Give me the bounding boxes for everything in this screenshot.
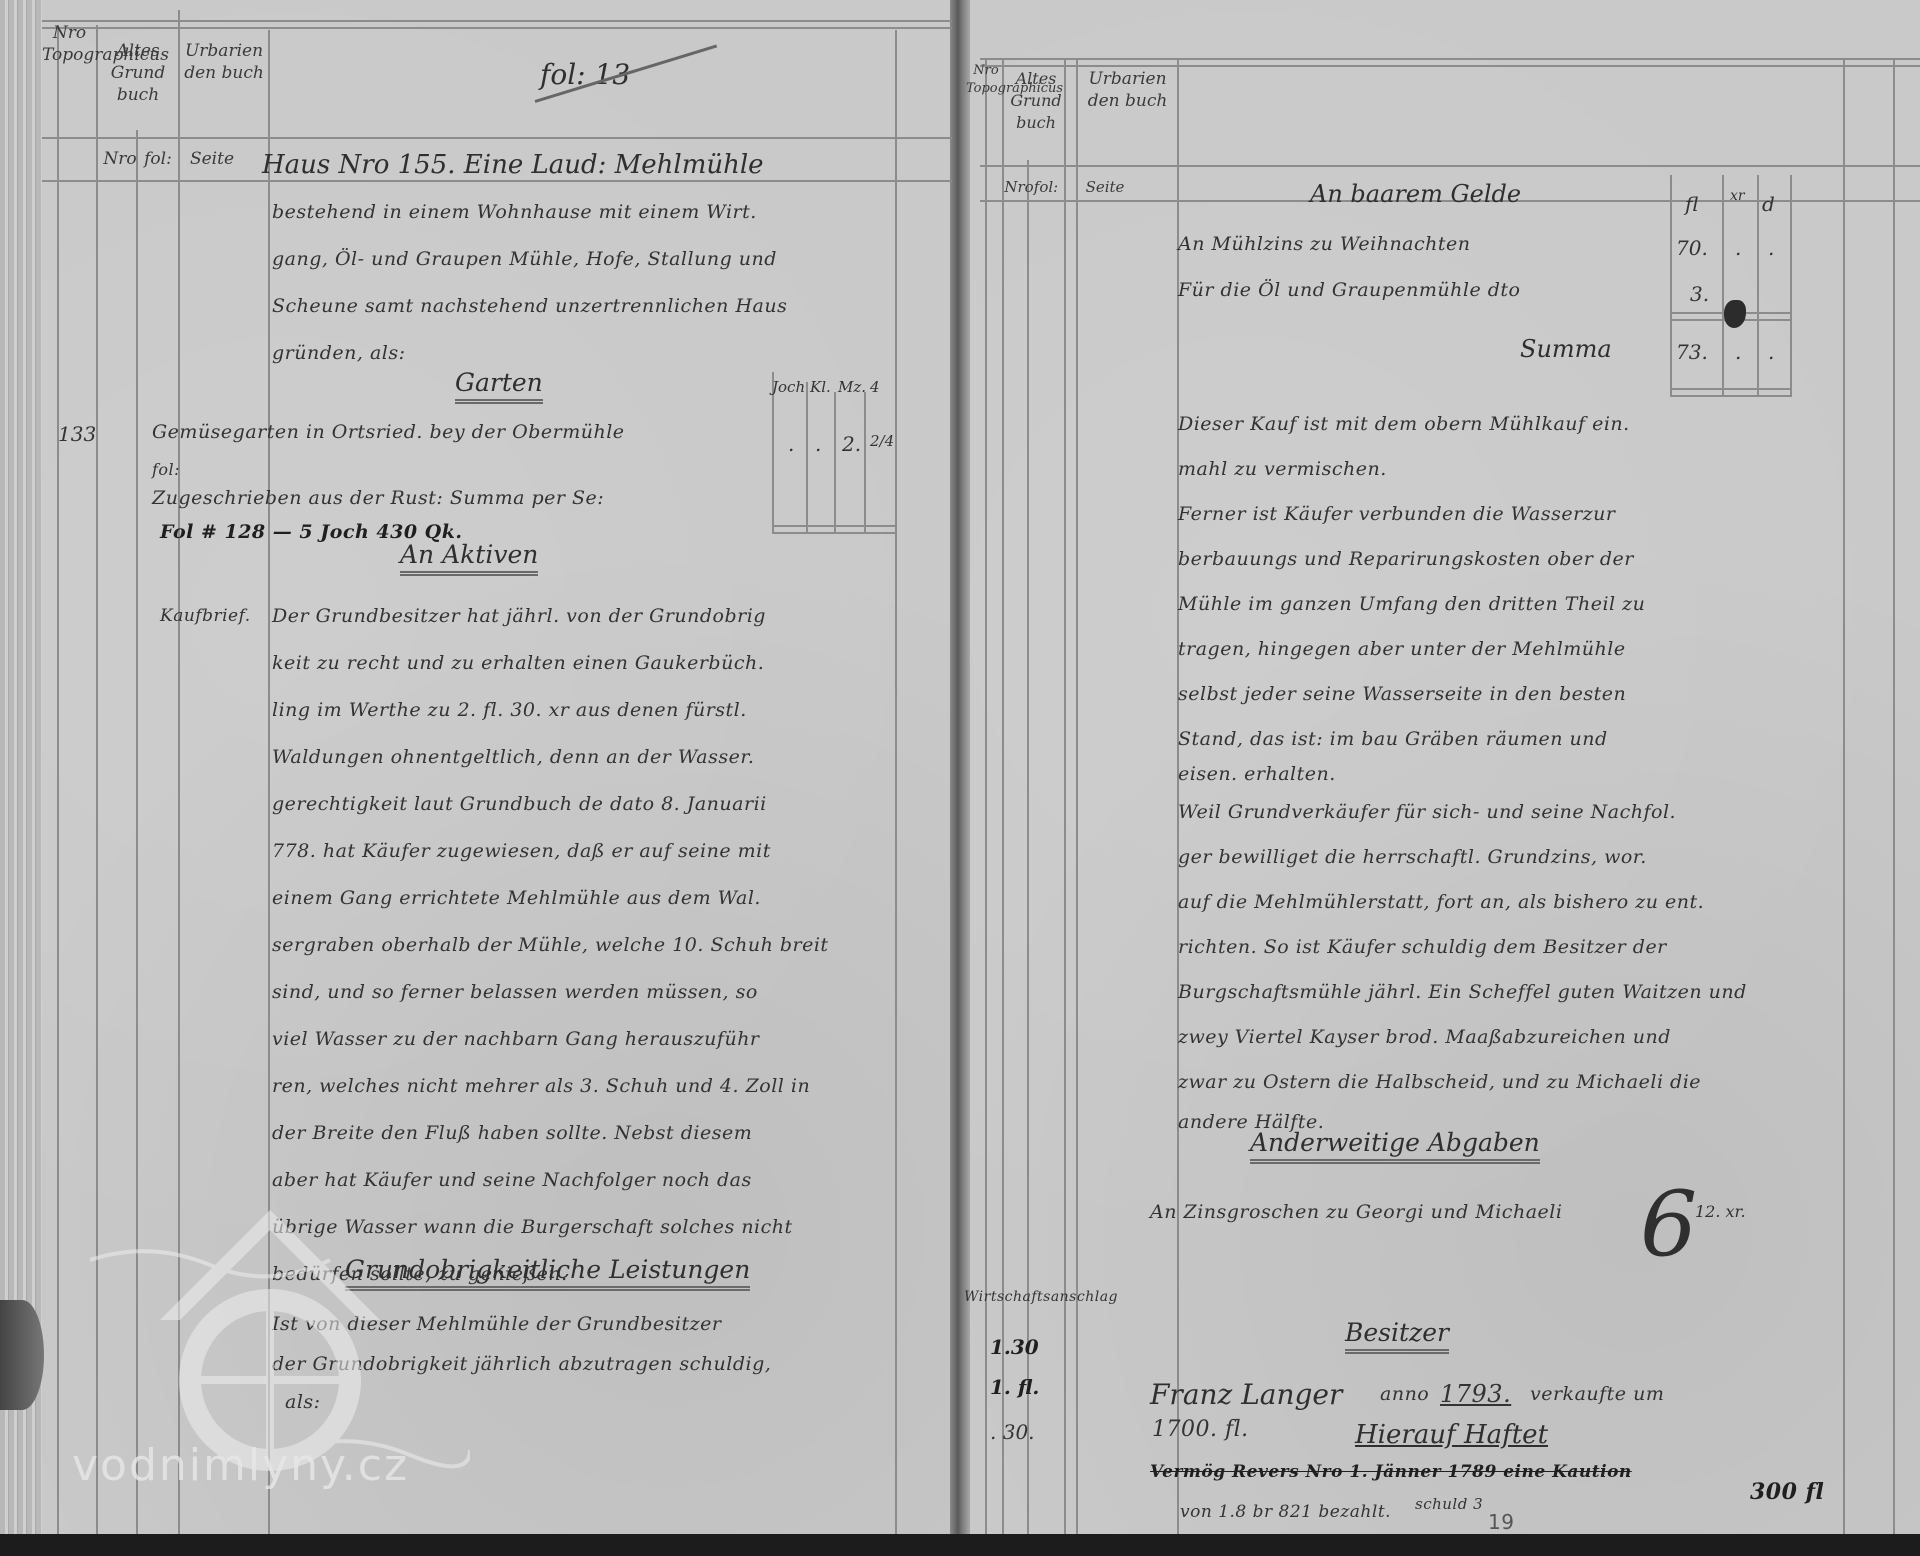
subheading-hierauf-haftet: Hierauf Haftet: [1355, 1420, 1548, 1450]
col-rule: [57, 25, 59, 1535]
col-rule: [895, 30, 897, 1535]
subheader-seite: Seite: [1080, 176, 1130, 198]
money-row-label: An Mühlzins zu Weihnachten: [1178, 222, 1471, 266]
page-fold-shadow: [0, 1300, 44, 1410]
top-rule: [980, 58, 1920, 67]
struck-entry: Vermög Revers Nro 1. Jänner 1789 eine Ka…: [1150, 1450, 1632, 1494]
margin-label: Wirtschaftsanschlag: [964, 1275, 1118, 1319]
zinsgroschen-amount: 6: [1640, 1180, 1697, 1270]
payment-schuld: schuld 3: [1415, 1482, 1483, 1526]
owner-anno: anno: [1380, 1372, 1429, 1416]
money-total-label: Summa: [1520, 335, 1612, 363]
margin-value: . 30.: [990, 1420, 1035, 1444]
zinsgroschen-subamount: 12. xr.: [1695, 1202, 1746, 1221]
heading-baares-geld: An baarem Gelde: [1310, 180, 1521, 208]
header-divider: [980, 165, 1920, 167]
header-altes-grundbuch: Altes Grund buch: [1004, 68, 1068, 134]
owner-name: Franz Langer: [1150, 1378, 1342, 1411]
zinsgroschen-line: An Zinsgroschen zu Georgi und Michaeli: [1150, 1190, 1562, 1234]
subheader-fol: fol:: [1028, 176, 1064, 198]
margin-kaufbrief: Kaufbrief.: [160, 594, 251, 638]
subheader-fol: fol:: [138, 148, 178, 170]
owner-sold-text: verkaufte um: [1530, 1372, 1664, 1416]
heading-garten: Garten: [455, 368, 543, 404]
owner-price: 1700. fl.: [1152, 1408, 1249, 1452]
garten-line: Gemüsegarten in Ortsried. bey der Obermü…: [152, 410, 625, 454]
subheader-nro: Nro: [100, 148, 140, 170]
header-topographicus: Nro Topographicus: [966, 62, 1006, 98]
scan-bottom-edge: [0, 1534, 1920, 1556]
payment-amount: 300 fl: [1750, 1470, 1824, 1514]
money-row-label: Für die Öl und Graupenmühle dto: [1178, 268, 1521, 312]
margin-value: 1. fl.: [990, 1375, 1039, 1399]
col-rule: [1893, 60, 1895, 1540]
header-topographicus: Nro Topographicus: [42, 22, 97, 66]
garten-row-number: 133: [58, 422, 96, 446]
heading-an-aktiven: An Aktiven: [400, 540, 538, 576]
owner-year: 1793.: [1440, 1372, 1511, 1416]
col-rule: [1843, 60, 1845, 1540]
header-altes-grundbuch: Altes Grund buch: [100, 40, 176, 106]
subheader-seite: Seite: [182, 148, 242, 170]
header-urbarienbuch: Urbarien den buch: [182, 40, 266, 84]
header-urbarienbuch: Urbarien den buch: [1080, 68, 1175, 112]
watermark-text: vodnimlyny.cz: [72, 1440, 409, 1491]
heading-anderweitige-abgaben: Anderweitige Abgaben: [1250, 1128, 1540, 1164]
entry-title: Haus Nro 155. Eine Laud: Mehlmühle: [262, 150, 764, 180]
heading-besitzer: Besitzer: [1345, 1318, 1449, 1354]
payment-line: von 1.8 br 821 bezahlt.: [1180, 1490, 1391, 1534]
margin-value: 1.30: [990, 1335, 1039, 1359]
col-rule: [1027, 160, 1029, 1540]
